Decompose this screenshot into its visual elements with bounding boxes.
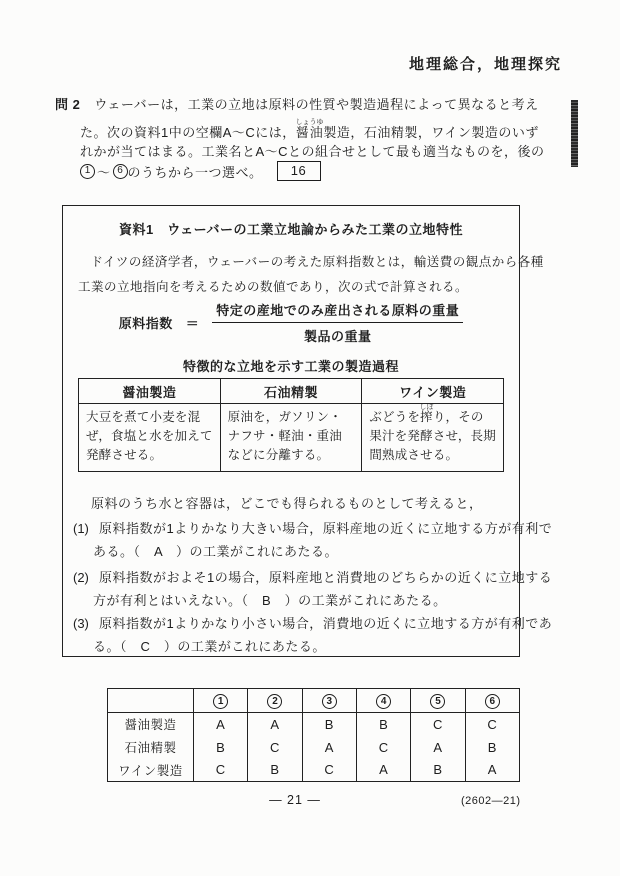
condition-item-2-number: (2)	[73, 570, 99, 585]
condition-item-3-text: 原料指数が1よりかなり小さい場合，消費地の近くに立地する方が有利であ	[99, 616, 552, 631]
answer-col-2: 2	[248, 689, 302, 713]
circled-6-icon: 6	[485, 694, 500, 709]
answer-cell: B	[411, 759, 465, 782]
ruby-shibori-furigana: しぼ	[419, 404, 433, 411]
process-table-body-row: 大豆を煮て小麦を混ぜ，食塩と水を加えて発酵させる。 原油を，ガソリン・ナフサ・軽…	[79, 404, 504, 472]
circled-option-1-icon: 1	[80, 164, 95, 179]
formula-equals-sign: ＝	[186, 313, 200, 332]
process-header-soy-sauce: 醤油製造	[79, 379, 221, 404]
print-code: (2602—21)	[461, 795, 521, 807]
condition-item-2-line-1: (2)原料指数がおよそ1の場合，原料産地と消費地のどちらかの近くに立地する	[73, 567, 552, 586]
answer-cell: C	[248, 736, 302, 759]
process-cell-soy-sauce: 大豆を煮て小麦を混ぜ，食塩と水を加えて発酵させる。	[79, 404, 221, 472]
ruby-shibori-base: 搾	[419, 410, 433, 424]
answer-number-box: 16	[277, 161, 321, 181]
formula-denominator: 製品の重量	[304, 323, 372, 345]
answer-cell: C	[356, 736, 410, 759]
answer-col-4: 4	[356, 689, 410, 713]
condition-item-2-text: 原料指数がおよそ1の場合，原料産地と消費地のどちらかの近くに立地する	[99, 570, 552, 585]
circled-3-icon: 3	[322, 694, 337, 709]
answer-choices-table: 1 2 3 4 5 6 醤油製造 A A B B C C 石油精製 B C A …	[107, 688, 520, 782]
process-header-oil-refining: 石油精製	[220, 379, 362, 404]
answer-row-label-oil-refining: 石油精製	[108, 736, 194, 759]
condition-item-2-line-2: 方が有利とはいえない。（ B ）の工業がこれにあたる。	[93, 590, 447, 609]
process-table-caption: 特徴的な立地を示す工業の製造過程	[63, 356, 519, 375]
answer-col-3: 3	[302, 689, 356, 713]
formula-fraction: 特定の産地でのみ産出される原料の重量 製品の重量	[212, 300, 463, 345]
answer-table-corner-cell	[108, 689, 194, 713]
question-line-2-post: 製造，石油精製，ワイン製造のいず	[323, 125, 539, 140]
ruby-shibori: 搾しぼ	[420, 410, 433, 424]
process-cell-oil-refining: 原油を，ガソリン・ナフサ・軽油・重油などに分離する。	[220, 404, 362, 472]
ruby-shoyu-furigana: しょうゆ	[296, 119, 324, 126]
page-number: — 21 —	[235, 793, 355, 807]
shiryo-paragraph-line-2: 工業の立地指向を考えるための数値であり，次の式で計算される。	[78, 277, 468, 295]
answer-cell: A	[411, 736, 465, 759]
exam-page: 地理総合，地理探究 問 2ウェーバーは，工業の立地は原料の性質や製造過程によって…	[0, 0, 620, 876]
lead-sentence: 原料のうち水と容器は，どこでも得られるものとして考えると，	[78, 493, 483, 512]
answer-cell: C	[411, 713, 465, 736]
question-line-1-text: ウェーバーは，工業の立地は原料の性質や製造過程によって異なると考え	[94, 97, 538, 112]
circled-5-icon: 5	[430, 694, 445, 709]
process-header-wine: ワイン製造	[362, 379, 504, 404]
answer-row-soy-sauce: 醤油製造 A A B B C C	[108, 713, 520, 736]
shiryo-paragraph-line-1: ドイツの経済学者，ウェーバーの考えた原料指数とは，輸送費の観点から各種	[78, 252, 544, 270]
condition-item-1-text: 原料指数が1よりかなり大きい場合，原料産地の近くに立地する方が有利で	[99, 521, 552, 536]
answer-col-6: 6	[465, 689, 519, 713]
condition-item-3-number: (3)	[73, 616, 99, 631]
answer-row-wine: ワイン製造 C B C A B A	[108, 759, 520, 782]
answer-cell: A	[194, 713, 248, 736]
circled-option-6-icon: 6	[113, 164, 128, 179]
shiryo-1-box: 資料1 ウェーバーの工業立地論からみた工業の立地特性 ドイツの経済学者，ウェーバ…	[62, 205, 520, 657]
process-cell-wine-pre: ぶどうを	[369, 410, 420, 424]
answer-cell: C	[302, 759, 356, 782]
answer-cell: B	[356, 713, 410, 736]
condition-item-3-line-2: る。（ C ）の工業がこれにあたる。	[93, 636, 326, 655]
ruby-shoyu: 醤油しょうゆ	[296, 125, 324, 140]
tilde-separator: ～	[97, 162, 111, 181]
process-cell-wine: ぶどうを搾しぼり，その果汁を発酵させ，長期間熟成させる。	[362, 404, 504, 472]
condition-item-3-line-1: (3)原料指数が1よりかなり小さい場合，消費地の近くに立地する方が有利であ	[73, 613, 552, 632]
question-line-4: 1 ～ 6 のうちから一つ選べ。 16	[80, 161, 321, 181]
question-line-2-pre: た。次の資料1中の空欄A～Cには，	[80, 125, 296, 140]
answer-cell: A	[302, 736, 356, 759]
page-edge-index-mark	[571, 100, 578, 167]
page-header-title: 地理総合，地理探究	[409, 53, 562, 74]
answer-row-label-soy-sauce: 醤油製造	[108, 713, 194, 736]
answer-cell: B	[194, 736, 248, 759]
question-line-2: た。次の資料1中の空欄A～Cには，醤油しょうゆ製造，石油精製，ワイン製造のいず	[80, 119, 539, 141]
answer-cell: B	[465, 736, 519, 759]
answer-cell: C	[194, 759, 248, 782]
answer-cell: B	[302, 713, 356, 736]
answer-cell: A	[465, 759, 519, 782]
answer-row-label-wine: ワイン製造	[108, 759, 194, 782]
answer-cell: A	[356, 759, 410, 782]
answer-table-header-row: 1 2 3 4 5 6	[108, 689, 520, 713]
formula-lhs: 原料指数	[119, 313, 173, 332]
process-table-header-row: 醤油製造 石油精製 ワイン製造	[79, 379, 504, 404]
condition-item-1-line-1: (1)原料指数が1よりかなり大きい場合，原料産地の近くに立地する方が有利で	[73, 518, 552, 537]
question-line-4-text: のうちから一つ選べ。	[128, 162, 263, 181]
ruby-shoyu-base: 醤油	[296, 125, 324, 140]
circled-1-icon: 1	[213, 694, 228, 709]
process-table: 醤油製造 石油精製 ワイン製造 大豆を煮て小麦を混ぜ，食塩と水を加えて発酵させる…	[78, 378, 504, 472]
answer-cell: C	[465, 713, 519, 736]
raw-material-index-formula: 原料指数 ＝ 特定の産地でのみ産出される原料の重量 製品の重量	[63, 300, 519, 345]
answer-col-1: 1	[194, 689, 248, 713]
answer-cell: A	[248, 713, 302, 736]
circled-2-icon: 2	[267, 694, 282, 709]
answer-col-5: 5	[411, 689, 465, 713]
circled-4-icon: 4	[376, 694, 391, 709]
question-number: 問 2	[55, 97, 80, 112]
answer-row-oil-refining: 石油精製 B C A C A B	[108, 736, 520, 759]
shiryo-title: 資料1 ウェーバーの工業立地論からみた工業の立地特性	[63, 219, 519, 238]
question-line-1: 問 2ウェーバーは，工業の立地は原料の性質や製造過程によって異なると考え	[55, 94, 539, 113]
condition-item-1-line-2: ある。（ A ）の工業がこれにあたる。	[93, 541, 338, 560]
formula-numerator: 特定の産地でのみ産出される原料の重量	[212, 300, 463, 323]
question-line-3: れかが当てはまる。工業名とA～Cとの組合せとして最も適当なものを，後の	[80, 141, 545, 160]
condition-item-1-number: (1)	[73, 521, 99, 536]
answer-cell: B	[248, 759, 302, 782]
